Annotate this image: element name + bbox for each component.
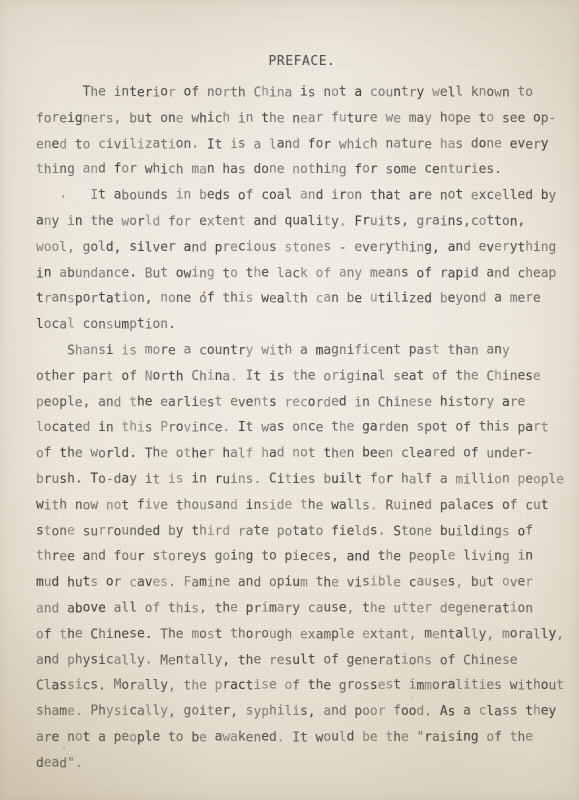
text-line: thing and for which man has done nothing… [36, 157, 572, 183]
ink-mark: ' [61, 746, 67, 756]
text-line: mud huts or caves. Famine and opium the … [36, 570, 572, 596]
text-line: and above all of this, the primary cause… [36, 596, 572, 622]
text-line: Shansi is more a country with a magnific… [36, 338, 572, 364]
text-line: located in this Province. It was once th… [36, 415, 572, 441]
text-line: three and four storeys going to pieces, … [36, 544, 572, 570]
text-line: The interior of north China is not a cou… [36, 80, 572, 106]
text-line: dead". [36, 751, 572, 777]
text-line: in abundance. But owing to the lack of a… [36, 261, 572, 287]
ink-mark: ' [60, 194, 67, 205]
text-line: local consumption. [36, 312, 572, 338]
text-line: of the world. The other half had not the… [36, 441, 572, 467]
text-line: wool, gold, silver and precious stones -… [36, 235, 572, 261]
text-line: are not a people to be awakened. It woul… [36, 725, 572, 751]
text-line: It abounds in beds of coal and iron that… [36, 183, 572, 209]
text-line: foreigners, but one which in the near fu… [36, 106, 572, 132]
text-line: with now not five thousand inside the wa… [36, 493, 572, 519]
ink-mark: , [201, 284, 208, 295]
ink-mark: ` [410, 698, 415, 707]
text-line: transportation, none of this wealth can … [36, 286, 572, 312]
document-text: The interior of north China is not a cou… [36, 80, 572, 777]
document-page: PREFACE. The interior of north China is … [0, 0, 579, 800]
text-line: shame. Physically, goiter, syphilis, and… [36, 699, 572, 725]
text-line: people, and the earliest events recorded… [36, 390, 572, 416]
text-line: stone surrounded by third rate potato fi… [36, 519, 572, 545]
text-line: any in the world for extent and quality.… [36, 209, 572, 235]
text-line: and physically. Mentally, the result of … [36, 648, 572, 674]
text-line: of the Chinese. The most thorough exampl… [36, 622, 572, 648]
text-line: ened to civilization. It is a land for w… [36, 132, 572, 158]
text-line: brush. To-day it is in ruins. Cities bui… [36, 467, 572, 493]
text-line: other part of North China. It is the ori… [36, 364, 572, 390]
page-title: PREFACE. [36, 54, 556, 69]
text-line: Classics. Morally, the practise of the g… [36, 673, 572, 699]
